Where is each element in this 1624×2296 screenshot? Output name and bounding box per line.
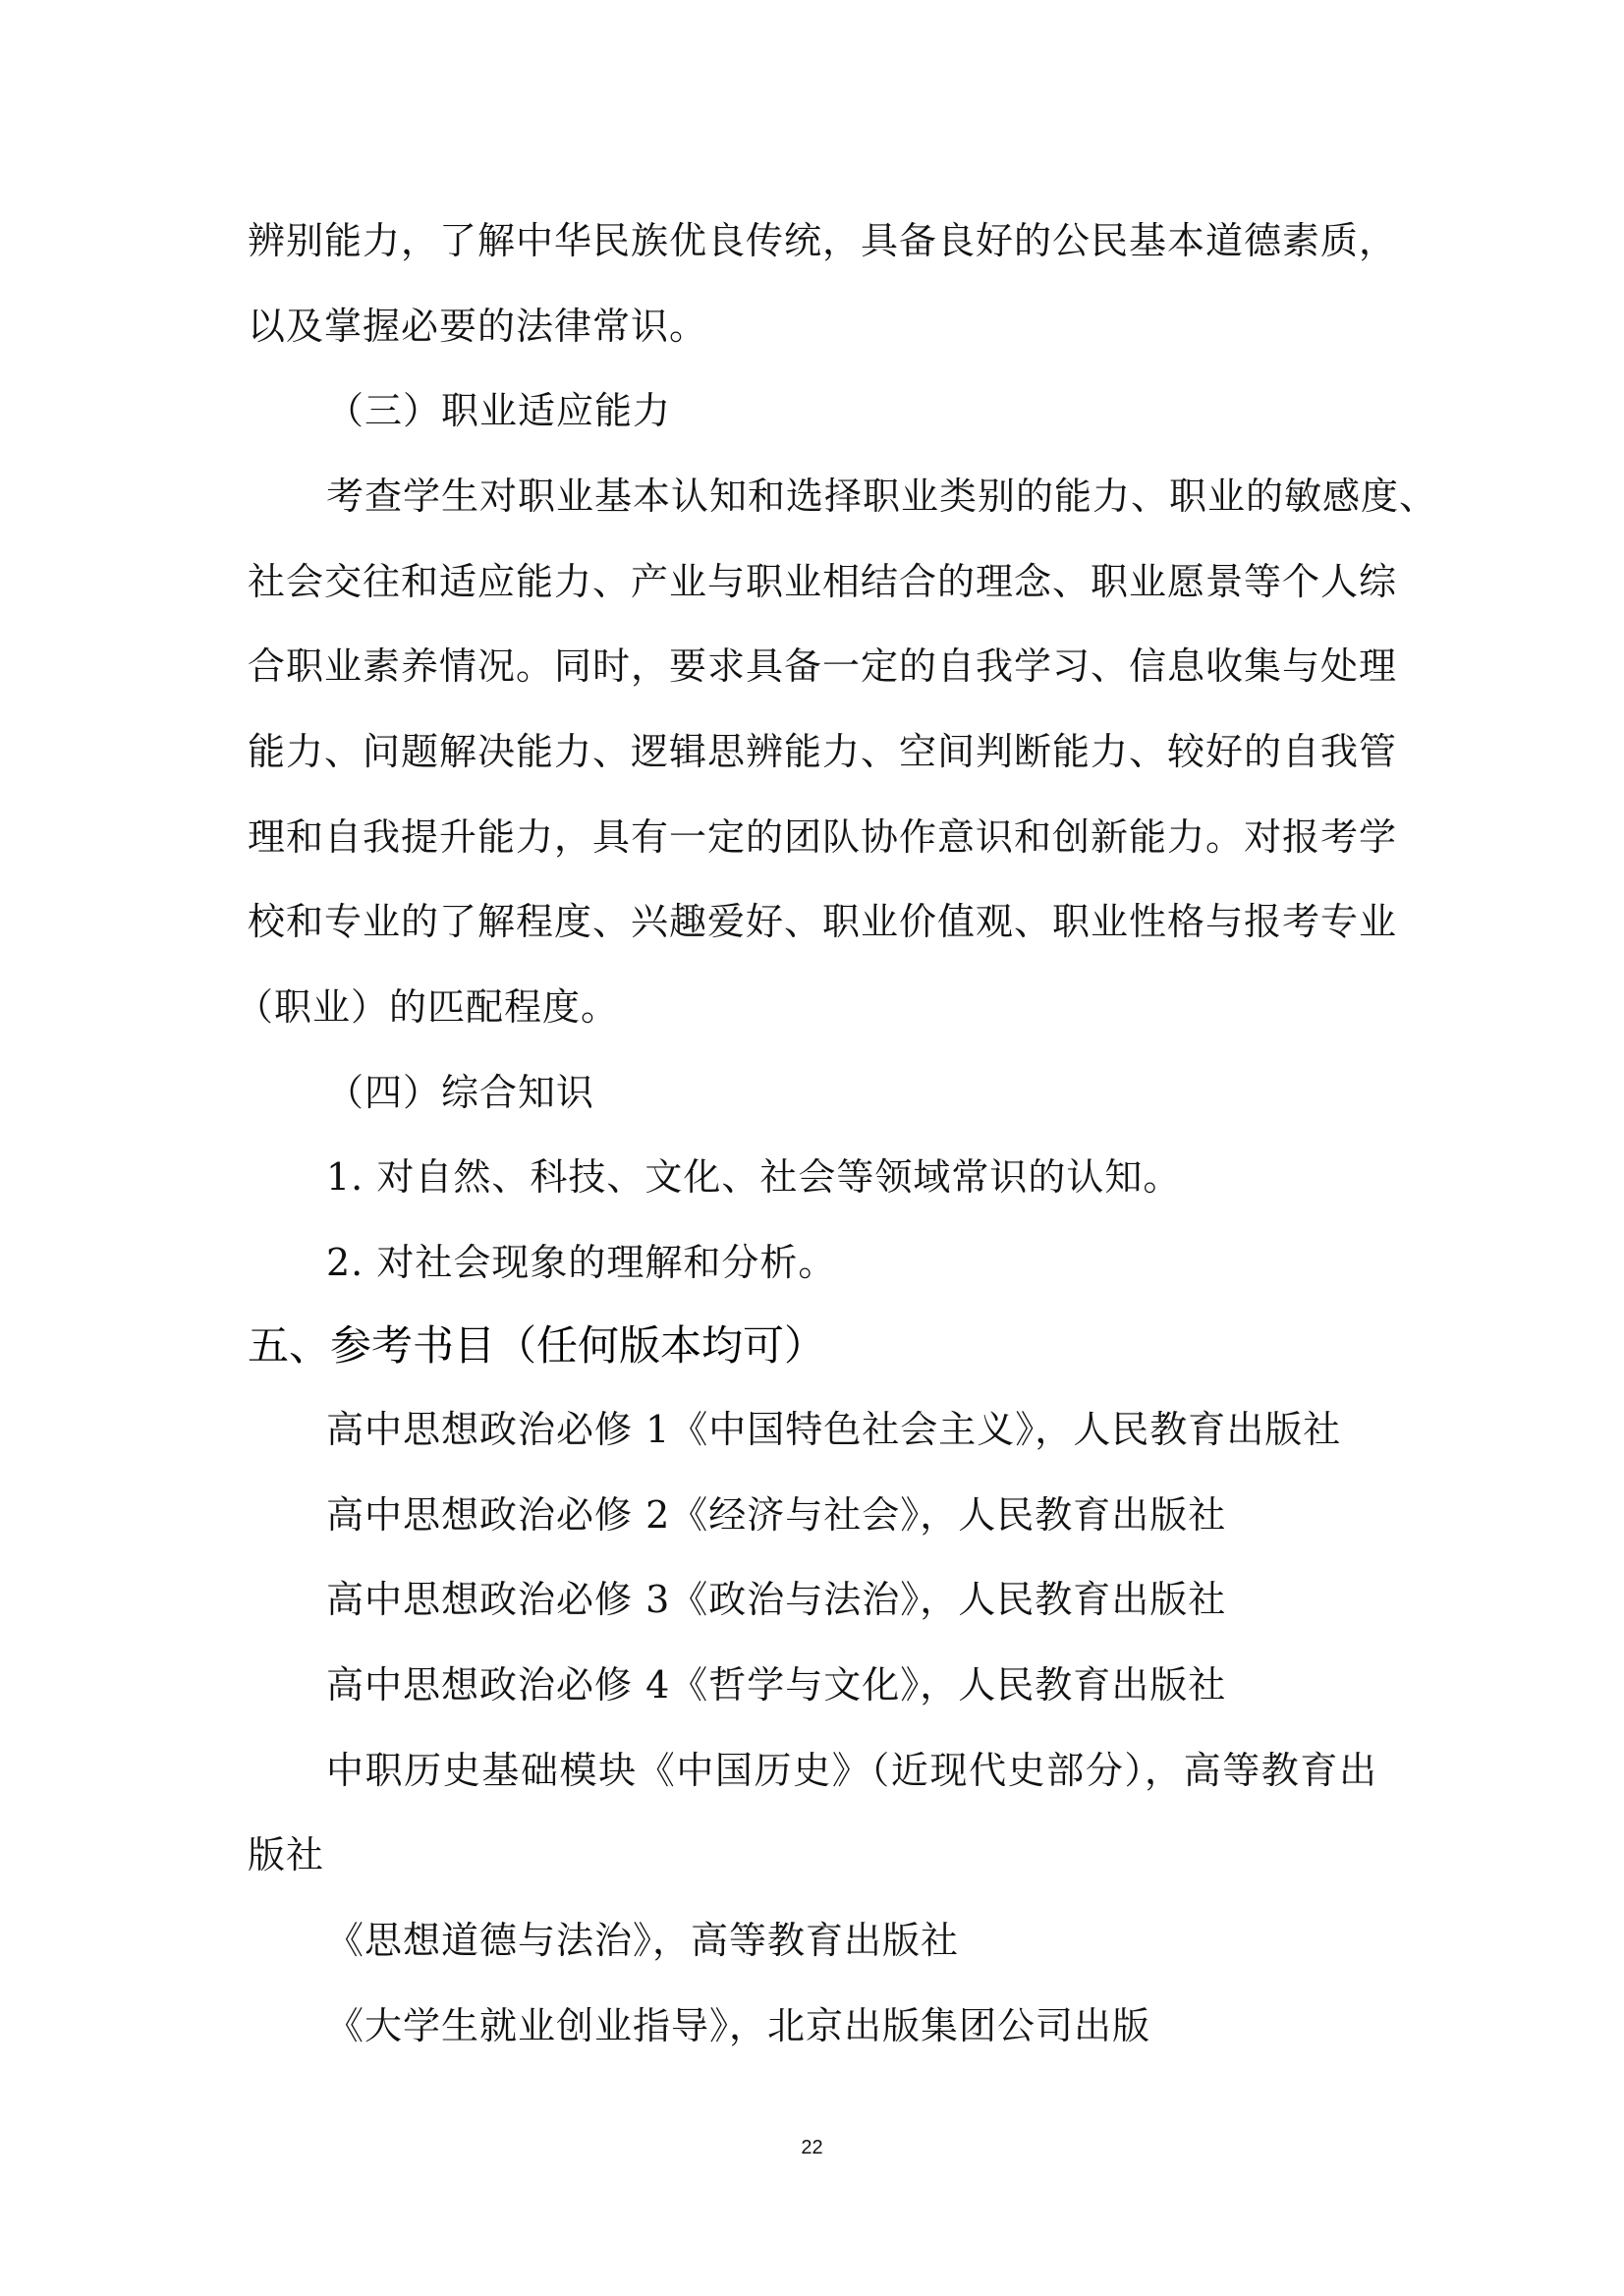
book-entry: 高中思想政治必修 4《哲学与文化》，人民教育出版社 — [326, 1660, 1377, 1709]
subsection-title-vocational-ability: （三）职业适应能力 — [326, 386, 1377, 435]
paragraph-line: 校和专业的了解程度、兴趣爱好、职业价值观、职业性格与报考专业 — [248, 897, 1377, 946]
paragraph-line: 以及掌握必要的法律常识。 — [248, 302, 1377, 351]
paragraph-line: 合职业素养情况。同时，要求具备一定的自我学习、信息收集与处理 — [248, 642, 1377, 691]
book-entry: 高中思想政治必修 2《经济与社会》，人民教育出版社 — [326, 1490, 1377, 1540]
paragraph-line: 社会交往和适应能力、产业与职业相结合的理念、职业愿景等个人综 — [248, 557, 1377, 606]
paragraph-line: 能力、问题解决能力、逻辑思辨能力、空间判断能力、较好的自我管 — [248, 727, 1377, 776]
section-heading-reference-books: 五、参考书目（任何版本均可） — [248, 1316, 825, 1375]
book-entry: 中职历史基础模块《中国历史》（近现代史部分），高等教育出 — [326, 1746, 1377, 1795]
book-entry: 高中思想政治必修 3《政治与法治》，人民教育出版社 — [326, 1575, 1377, 1624]
paragraph-line: 考查学生对职业基本认知和选择职业类别的能力、职业的敏感度、 — [326, 472, 1377, 521]
list-item: 2. 对社会现象的理解和分析。 — [326, 1238, 1377, 1287]
book-entry: 《大学生就业创业指导》，北京出版集团公司出版 — [326, 2001, 1377, 2050]
paragraph-line: 理和自我提升能力，具有一定的团队协作意识和创新能力。对报考学 — [248, 812, 1377, 862]
book-entry-continuation: 版社 — [248, 1830, 1377, 1879]
paragraph-line: （职业）的匹配程度。 — [236, 982, 1366, 1032]
list-item: 1. 对自然、科技、文化、社会等领域常识的认知。 — [326, 1152, 1377, 1202]
subsection-title-general-knowledge: （四）综合知识 — [326, 1068, 1377, 1117]
document-page: 辨别能力，了解中华民族优良传统，具备良好的公民基本道德素质， 以及掌握必要的法律… — [0, 0, 1624, 2296]
book-entry: 高中思想政治必修 1《中国特色社会主义》，人民教育出版社 — [326, 1405, 1377, 1454]
book-entry: 《思想道德与法治》，高等教育出版社 — [326, 1916, 1377, 1965]
page-number: 22 — [0, 2134, 1624, 2161]
paragraph-line: 辨别能力，了解中华民族优良传统，具备良好的公民基本道德素质， — [248, 216, 1377, 265]
